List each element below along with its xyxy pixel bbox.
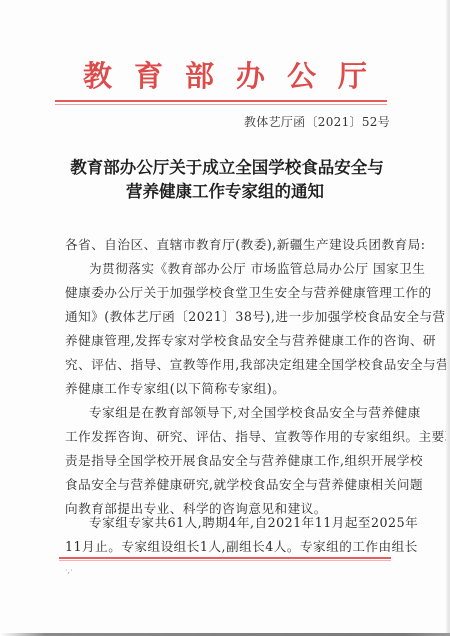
document-title-line-2: 营养健康工作专家组的通知: [0, 180, 450, 204]
body-line: 养健康工作专家组(以下简称专家组)。: [65, 381, 285, 397]
footer-red-rule: [59, 557, 391, 559]
body-line: 健康委办公厅关于加强学校食堂卫生安全与营养健康管理工作的: [65, 285, 389, 301]
body-line: 11月止。专家组设组长1人,副组长4人。专家组的工作由组长: [65, 539, 389, 555]
body-line: 专家组专家共61人,聘期4年,自2021年11月起至2025年: [89, 515, 389, 531]
footer-red-rule-thin: [59, 560, 391, 561]
body-line: 为贯彻落实《教育部办公厅 市场监管总局办公厅 国家卫生: [89, 261, 389, 277]
body-line: 通知》(教体艺厅函〔2021〕38号),进一步加强学校食品安全与营: [65, 309, 389, 325]
document-title-line-1: 教育部办公厅关于成立全国学校食品安全与: [2, 156, 450, 180]
body-line: 养健康管理,发挥专家对学校食品安全与营养健康工作的咨询、研: [65, 333, 389, 349]
page-edge-right: [446, 0, 450, 636]
masthead-red-rule-thin: [55, 104, 387, 105]
body-line: 工作发挥咨询、研究、评估、指导、宣教等作用的专家组织。主要职: [65, 429, 389, 445]
document-page: 教育部办公厅 教体艺厅函〔2021〕52号 教育部办公厅关于成立全国学校食品安全…: [0, 0, 450, 636]
body-line: 责是指导全国学校开展食品安全与营养健康工作,组织开展学校: [65, 453, 389, 469]
masthead-title: 教育部办公厅: [55, 56, 395, 96]
scan-speck: ·,·: [65, 566, 73, 575]
document-number: 教体艺厅函〔2021〕52号: [244, 114, 390, 130]
masthead-red-rule: [55, 100, 387, 102]
body-line: 食品安全与营养健康研究,就学校食品安全与营养健康相关问题: [65, 477, 389, 493]
addressee: 各省、自治区、直辖市教育厅(教委),新疆生产建设兵团教育局:: [65, 237, 389, 253]
body-line: 究、评估、指导、宣教等作用,我部决定组建全国学校食品安全与营: [65, 357, 389, 373]
body-line: 专家组是在教育部领导下,对全国学校食品安全与营养健康: [89, 405, 389, 421]
